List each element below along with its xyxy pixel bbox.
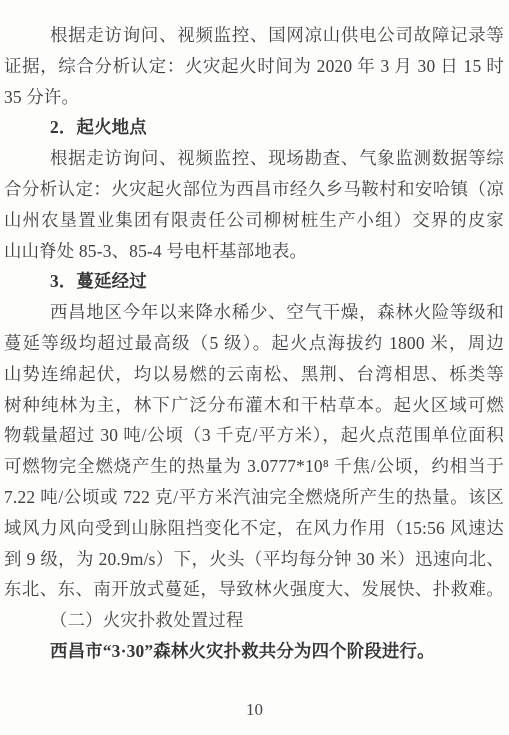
paragraph-line: 35 分许。 [4, 82, 504, 113]
paragraph-spread-process: 西昌地区今年以来降水稀少、空气干燥，森林火险等级和 蔓延等级均超过最高级（5 级… [4, 297, 504, 605]
paragraph-line: 物载量超过 30 吨/公顷（3 千克/平方米），起火点范围单位面积 [4, 420, 504, 451]
document-page: 根据走访询问、视频监控、国网凉山供电公司故障记录等 证据，综合分析认定：火灾起火… [0, 0, 509, 735]
paragraph-line: 根据走访询问、视频监控、现场勘查、气象监测数据等综 [4, 143, 504, 174]
sub-section-heading: （二）火灾扑救处置过程 [4, 605, 504, 636]
document-body: 根据走访询问、视频监控、国网凉山供电公司故障记录等 证据，综合分析认定：火灾起火… [4, 20, 504, 667]
paragraph-ignition-time: 根据走访询问、视频监控、国网凉山供电公司故障记录等 证据，综合分析认定：火灾起火… [4, 20, 504, 112]
heading-spread-process: 3．蔓延经过 [4, 266, 504, 297]
paragraph-line: 根据走访询问、视频监控、国网凉山供电公司故障记录等 [4, 20, 504, 51]
paragraph-line: 到 9 级，为 20.9m/s）下，火头（平均每分钟 30 米）迅速向北、 [4, 544, 504, 575]
paragraph-line: 山山脊处 85-3、85-4 号电杆基部地表。 [4, 236, 504, 267]
page-number: 10 [0, 695, 509, 725]
paragraph-line: 蔓延等级均超过最高级（5 级）。起火点海拔约 1800 米，周边 [4, 328, 504, 359]
section-heading: 3．蔓延经过 [4, 266, 504, 297]
paragraph-line: 域风力风向受到山脉阻挡变化不定，在风力作用（15:56 风速达 [4, 513, 504, 544]
paragraph-line: 合分析认定：火灾起火部位为西昌市经久乡马鞍村和安哈镇（凉 [4, 174, 504, 205]
heading-suppression-process: （二）火灾扑救处置过程 [4, 605, 504, 636]
paragraph-line: 西昌市“3·30”森林火灾扑救共分为四个阶段进行。 [4, 636, 504, 667]
paragraph-suppression-intro: 西昌市“3·30”森林火灾扑救共分为四个阶段进行。 [4, 636, 504, 667]
paragraph-ignition-location: 根据走访询问、视频监控、现场勘查、气象监测数据等综 合分析认定：火灾起火部位为西… [4, 143, 504, 266]
paragraph-line: 7.22 吨/公顷或 722 克/平方米汽油完全燃烧所产生的热量。该区 [4, 482, 504, 513]
paragraph-line: 东北、东、南开放式蔓延，导致林火强度大、发展快、扑救难。 [4, 574, 504, 605]
section-heading: 2．起火地点 [4, 112, 504, 143]
paragraph-line: 树种纯林为主，林下广泛分布灌木和干枯草本。起火区域可燃 [4, 390, 504, 421]
paragraph-line: 山州农垦置业集团有限责任公司柳树桩生产小组）交界的皮家 [4, 205, 504, 236]
paragraph-line: 可燃物完全燃烧产生的热量为 3.0777*10⁸ 千焦/公顷，约相当于 [4, 451, 504, 482]
paragraph-line: 西昌地区今年以来降水稀少、空气干燥，森林火险等级和 [4, 297, 504, 328]
paragraph-line: 证据，综合分析认定：火灾起火时间为 2020 年 3 月 30 日 15 时 [4, 51, 504, 82]
heading-ignition-location: 2．起火地点 [4, 112, 504, 143]
paragraph-line: 山势连绵起伏，均以易燃的云南松、黑荆、台湾相思、栎类等 [4, 359, 504, 390]
